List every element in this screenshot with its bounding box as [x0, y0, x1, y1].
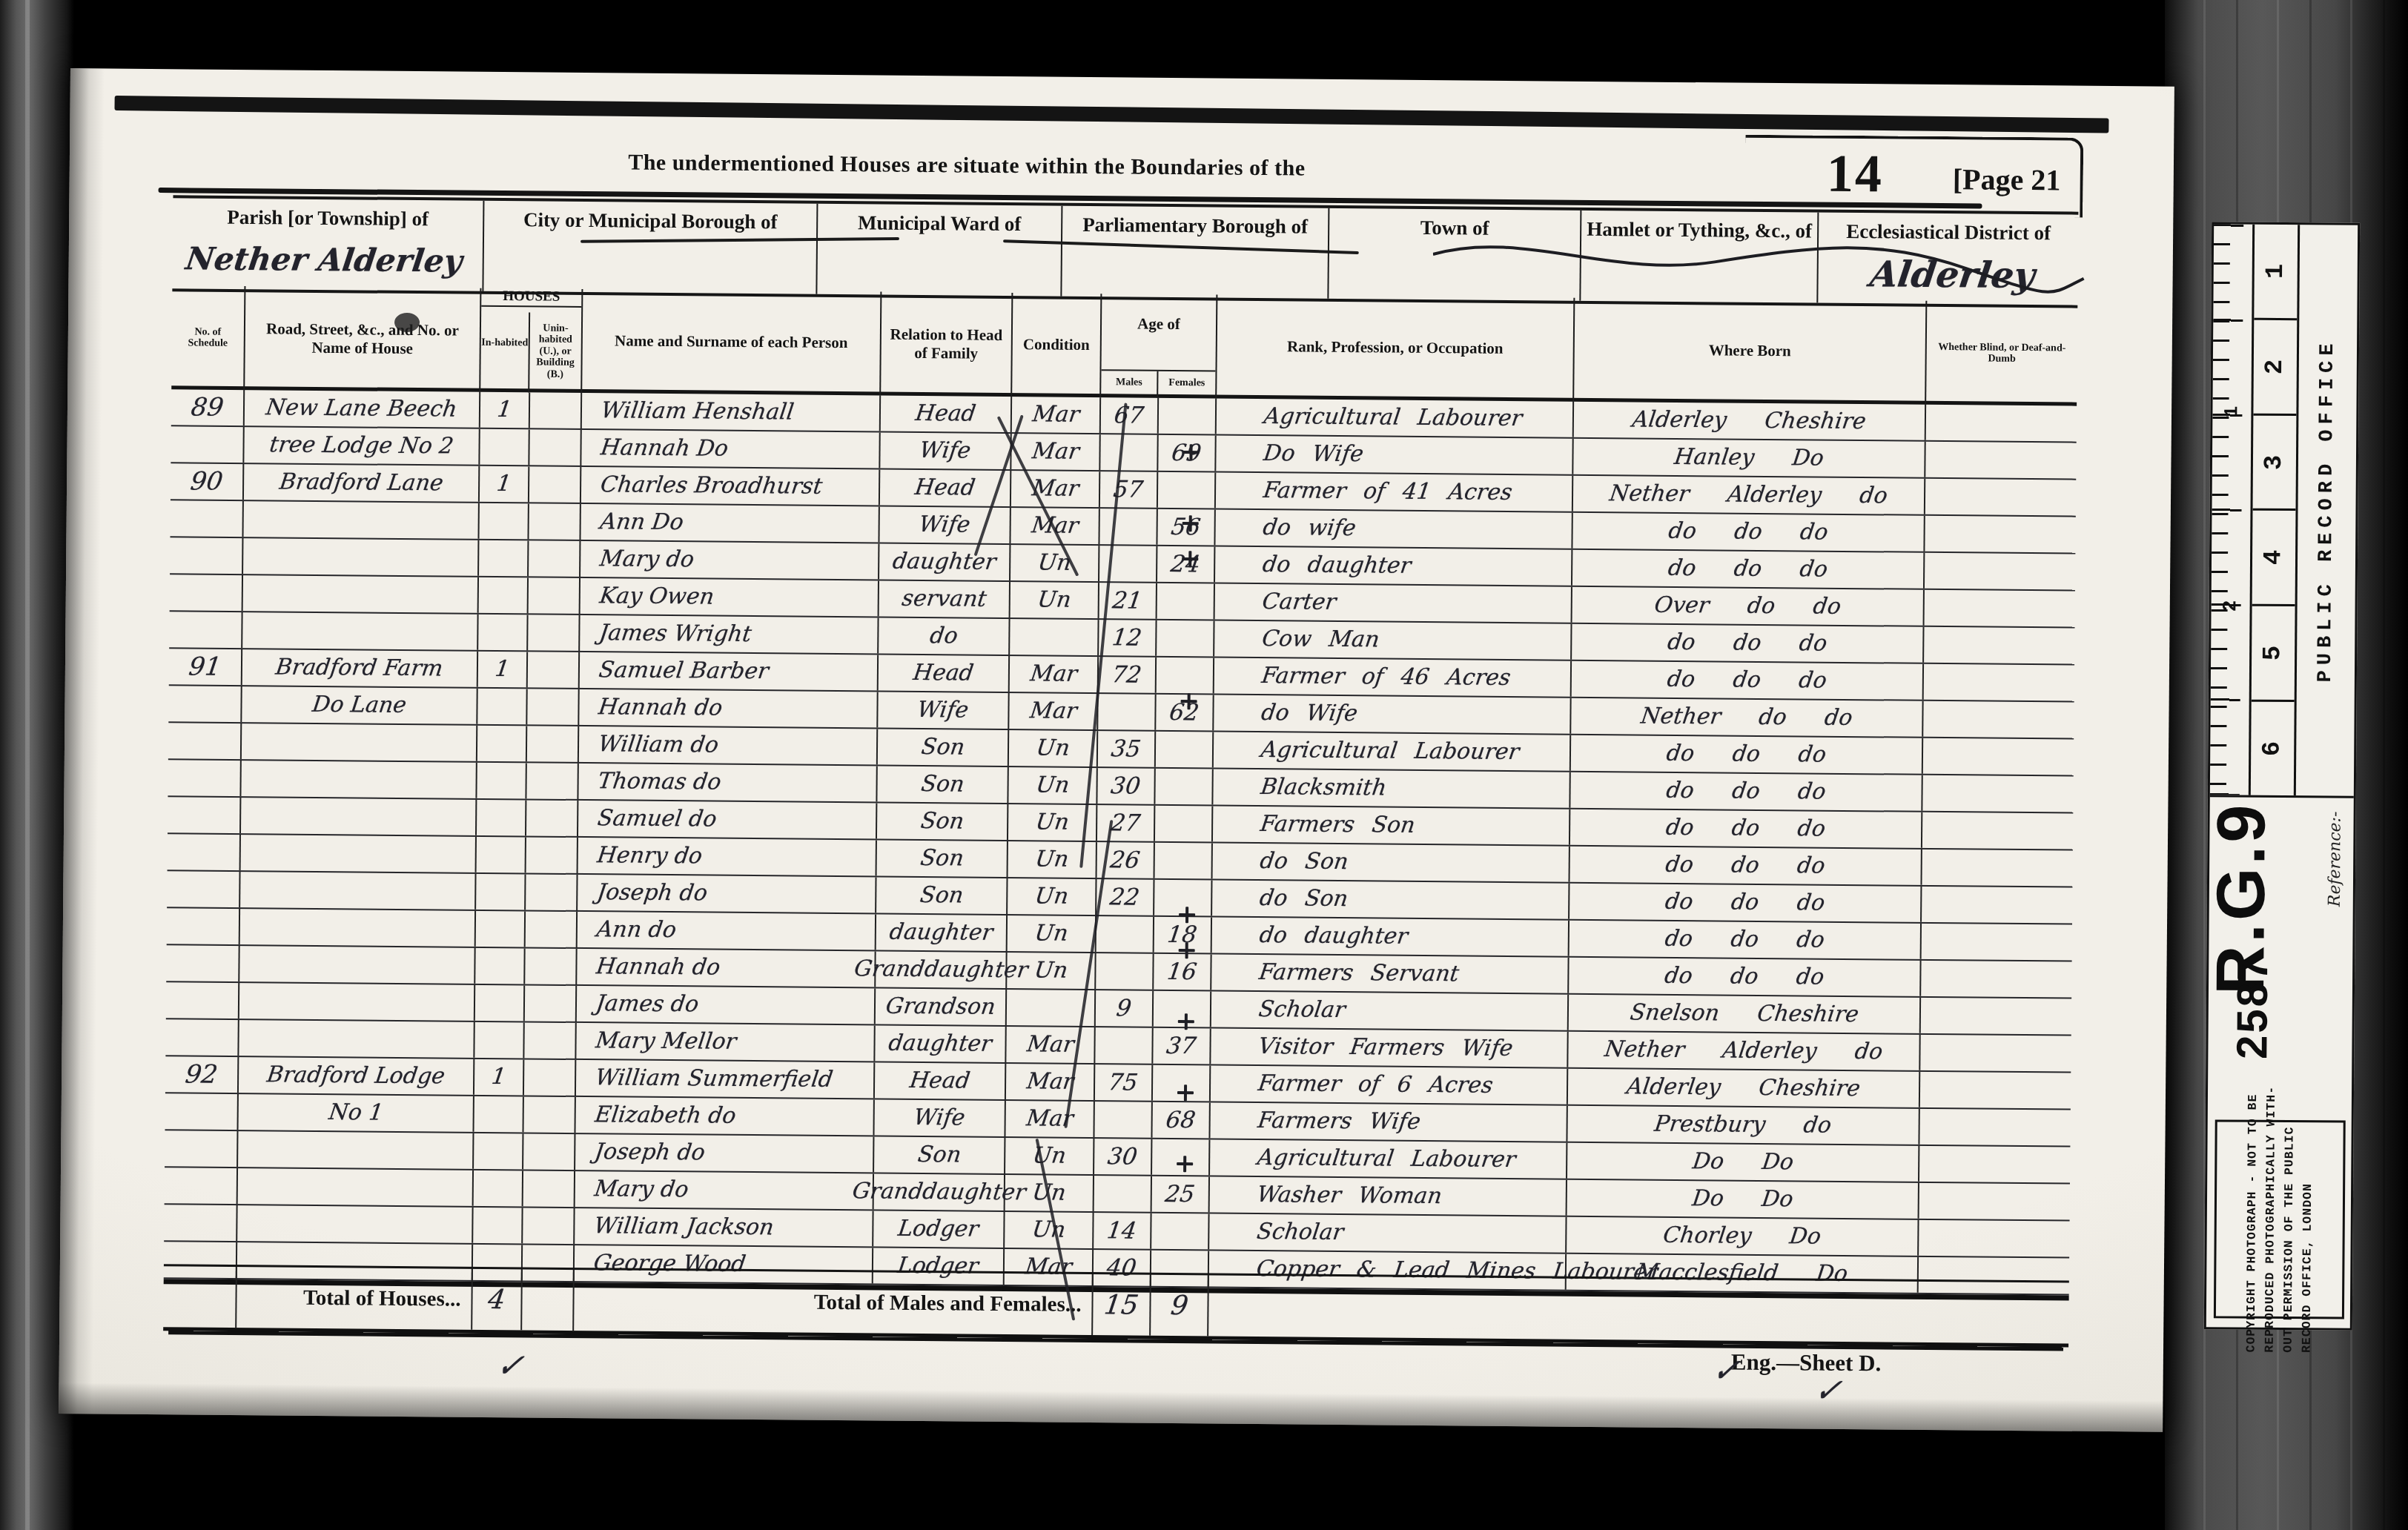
- copyright-line: OUT PERMISSION OF THE PUBLIC: [2281, 1086, 2298, 1353]
- ruler-numbers: 1 2 3 4 5 6: [2251, 225, 2300, 795]
- cell-condition: Un: [1003, 1212, 1092, 1248]
- cell-infirm: [1919, 1035, 2071, 1072]
- cell-road: Bradford Lane: [242, 464, 478, 502]
- cell-age_m: 57: [1099, 471, 1157, 508]
- cell-name: Ann do: [576, 912, 875, 950]
- ruler-number: 4: [2260, 550, 2288, 566]
- cell-infirm: [1917, 1220, 2069, 1257]
- cell-occupation: Washer Woman: [1208, 1176, 1566, 1215]
- cell-relation: servant: [878, 581, 1009, 618]
- check-mark: ✓: [1812, 1372, 1845, 1410]
- cell-inhabited: [474, 948, 523, 984]
- cell-infirm: [1923, 553, 2075, 590]
- cell-road: [242, 575, 477, 613]
- cell-born: do do do: [1568, 921, 1920, 959]
- cell-uninhabited: [524, 874, 576, 910]
- totals-blank: [520, 1269, 573, 1331]
- col-condition: Condition: [1010, 293, 1100, 397]
- cell-schedule: [168, 797, 239, 833]
- cell-inhabited: [477, 577, 527, 614]
- cell-age_f: [1154, 769, 1211, 805]
- cell-schedule: [164, 1205, 236, 1241]
- cell-condition: Un: [1009, 582, 1098, 618]
- cell-born: Hanley Do: [1572, 439, 1924, 477]
- cell-condition: Mar: [1004, 1101, 1093, 1137]
- cell-uninhabited: [523, 985, 575, 1021]
- cell-infirm: [1923, 590, 2075, 627]
- reference-section: Reference:- R.G.9 2587: [2208, 797, 2354, 1112]
- city-borough-cell: City or Municipal Borough of: [483, 201, 818, 294]
- cell-inhabited: [478, 429, 528, 466]
- totals-blank: [1207, 1275, 2069, 1343]
- parish-label: Parish [or Township] of: [227, 206, 429, 230]
- cell-occupation: do Son: [1211, 843, 1569, 881]
- page-number: [Page 21: [1953, 162, 2061, 197]
- cell-born: Chorley Do: [1565, 1217, 1917, 1256]
- copyright-line: COPYRIGHT PHOTOGRAPH - NOT TO BE: [2244, 1086, 2260, 1353]
- cell-infirm: [1918, 1109, 2070, 1146]
- cell-relation: Wife: [879, 433, 1010, 470]
- cell-age_m: [1093, 1176, 1151, 1212]
- cell-inhabited: [472, 1133, 522, 1170]
- col-age-males: Males: [1101, 371, 1158, 398]
- cell-schedule: 90: [171, 463, 242, 500]
- cell-occupation: do daughter: [1211, 917, 1568, 956]
- cell-road: No 1: [237, 1094, 473, 1132]
- ink-blot: [394, 313, 420, 332]
- cell-condition: Mar: [1008, 656, 1097, 692]
- cell-inhabited: [474, 911, 524, 947]
- cell-infirm: [1919, 961, 2071, 998]
- cell-condition: Un: [1004, 1138, 1093, 1174]
- cell-uninhabited: [524, 911, 576, 947]
- cell-road: [239, 909, 474, 947]
- cell-condition: Mar: [1005, 1064, 1094, 1100]
- cell-age_f: [1157, 398, 1215, 434]
- cell-road: [238, 946, 474, 984]
- pro-reference-card: 1 2 1 2 3 4 5 6 PUBLIC RECORD OFFICE Ref…: [2204, 222, 2360, 1330]
- parish-value: Nether Alderley: [184, 241, 465, 279]
- cell-infirm: [1918, 1146, 2070, 1183]
- cell-born: Over do do: [1571, 587, 1923, 626]
- cell-born: Snelson Cheshire: [1567, 995, 1919, 1033]
- cell-born: do do do: [1571, 513, 1923, 552]
- cell-name: Hannah do: [578, 689, 876, 728]
- scan-edge-line: [114, 96, 2108, 133]
- check-mark: ✓: [1710, 1351, 1742, 1389]
- cell-schedule: [167, 871, 239, 907]
- cell-age_f: 68: [1151, 1102, 1208, 1139]
- cell-schedule: 92: [165, 1056, 237, 1093]
- col-relation: Relation to Head of Family: [879, 292, 1011, 397]
- cell-road: [236, 1131, 472, 1169]
- cell-infirm: [1925, 405, 2077, 442]
- cell-born: do do do: [1569, 809, 1921, 848]
- pen-cross-mark: [1178, 1013, 1194, 1030]
- cell-occupation: Farmer of 6 Acres: [1209, 1065, 1567, 1104]
- cell-uninhabited: [526, 726, 578, 762]
- cell-condition: Mar: [1010, 397, 1099, 433]
- cell-uninhabited: [528, 429, 580, 466]
- cell-age_f: 37: [1151, 1028, 1209, 1064]
- cell-schedule: [167, 908, 239, 944]
- cell-inhabited: [475, 763, 525, 799]
- cell-road: [239, 835, 475, 872]
- cell-inhabited: [475, 800, 525, 836]
- cell-condition: [1008, 619, 1097, 655]
- cell-name: James do: [575, 986, 874, 1024]
- hamlet-label: Hamlet or Tything, &c., of: [1587, 218, 1812, 242]
- cell-uninhabited: [529, 392, 580, 428]
- cell-born: Nether do do: [1569, 698, 1922, 737]
- cell-uninhabited: [527, 540, 579, 577]
- cell-occupation: Visitor Farmers Wife: [1209, 1028, 1567, 1067]
- cell-uninhabited: [523, 948, 575, 984]
- totals-blank: [163, 1266, 236, 1328]
- cell-infirm: [1922, 664, 2074, 701]
- cell-infirm: [1920, 887, 2072, 924]
- census-rows: 89New Lane Beech1William HenshallHeadMar…: [164, 389, 2077, 1300]
- cell-road: Do Lane: [240, 686, 476, 724]
- cell-relation: Son: [876, 841, 1007, 878]
- ecclesiastical-cell: Ecclesiastical District of Alderley: [1818, 213, 2078, 305]
- cell-name: Hannah do: [575, 949, 874, 987]
- col-occupation: Rank, Profession, or Occupation: [1215, 294, 1573, 401]
- cell-road: [242, 501, 477, 539]
- cell-age_m: 67: [1099, 397, 1157, 434]
- cell-road: [241, 612, 477, 650]
- ruler-inch-number: 2: [2219, 600, 2241, 612]
- cell-inhabited: [472, 1208, 521, 1244]
- ruler-number: 2: [2261, 359, 2289, 374]
- age-group-label: Age of: [1102, 314, 1216, 334]
- cell-name: William Henshall: [580, 393, 879, 431]
- cell-relation: Son: [876, 804, 1007, 841]
- col-infirm: Whether Blind, or Deaf-and-Dumb: [1925, 301, 2077, 406]
- cell-infirm: [1924, 442, 2076, 479]
- cell-infirm: [1919, 998, 2071, 1035]
- cell-infirm: [1918, 1183, 2070, 1220]
- cell-age_m: 75: [1094, 1064, 1151, 1101]
- cell-born: do do do: [1570, 661, 1922, 700]
- cell-name: Samuel Barber: [578, 652, 877, 691]
- cell-age_m: 35: [1096, 731, 1154, 767]
- census-page: The undermentioned Houses are situate wi…: [59, 68, 2174, 1432]
- cell-name: Thomas do: [577, 764, 876, 802]
- cell-condition: Un: [1009, 545, 1098, 581]
- parliamentary-borough-cell: Parliamentary Borough of: [1062, 206, 1329, 299]
- cell-condition: Un: [1007, 767, 1096, 804]
- cell-schedule: [168, 834, 239, 870]
- cell-inhabited: [472, 1096, 522, 1133]
- col-inhabited: In-habited: [480, 312, 530, 393]
- col-age-females: Females: [1158, 371, 1215, 399]
- cell-uninhabited: [528, 466, 580, 503]
- cell-age_f: [1150, 1213, 1208, 1250]
- cell-age_m: 27: [1096, 805, 1154, 841]
- cell-infirm: [1921, 775, 2073, 812]
- municipal-ward-cell: Municipal Ward of: [817, 204, 1062, 297]
- cell-name: William do: [578, 726, 876, 765]
- cell-infirm: [1922, 627, 2074, 664]
- cell-relation: Wife: [876, 692, 1008, 729]
- cell-road: [236, 1205, 472, 1243]
- cell-relation: Head: [879, 470, 1010, 507]
- cell-schedule: [165, 1168, 236, 1204]
- cell-born: do do do: [1568, 847, 1920, 885]
- cell-infirm: [1921, 812, 2073, 850]
- cell-infirm: [1924, 479, 2076, 516]
- ruler-number: 3: [2260, 454, 2289, 470]
- cell-born: do do do: [1570, 624, 1922, 663]
- cell-occupation: Farmer of 41 Acres: [1214, 472, 1572, 511]
- cell-uninhabited: [526, 652, 578, 688]
- cell-age_m: 22: [1095, 879, 1153, 915]
- office-name-column: PUBLIC RECORD OFFICE: [2296, 225, 2358, 796]
- cell-infirm: [1920, 924, 2072, 961]
- cell-age_f: [1154, 806, 1211, 842]
- cell-born: Alderley Cheshire: [1567, 1069, 1919, 1107]
- cell-occupation: Farmers Servant: [1210, 954, 1567, 993]
- cell-born: Prestbury do: [1566, 1106, 1918, 1145]
- cell-condition: Un: [1006, 878, 1095, 915]
- cell-inhabited: 1: [477, 652, 526, 688]
- cell-age_f: [1156, 583, 1214, 620]
- ruler-inch-number: 1: [2220, 406, 2243, 418]
- cell-schedule: [170, 537, 242, 574]
- pen-cross-mark: [1179, 942, 1195, 958]
- cell-relation: Son: [875, 878, 1006, 915]
- cell-name: William Jackson: [573, 1208, 872, 1247]
- cell-name: James Wright: [578, 615, 877, 654]
- cell-age_m: [1095, 916, 1153, 953]
- cell-age_m: 9: [1094, 990, 1152, 1027]
- cell-occupation: Farmers Son: [1211, 806, 1569, 844]
- cell-name: Kay Owen: [579, 578, 878, 617]
- cell-uninhabited: [522, 1096, 574, 1133]
- cell-uninhabited: [523, 1022, 575, 1059]
- cell-uninhabited: [522, 1170, 574, 1207]
- cell-born: do do do: [1569, 735, 1922, 774]
- cell-schedule: [166, 945, 238, 981]
- cell-relation: Son: [873, 1137, 1004, 1174]
- cell-relation: Son: [876, 766, 1007, 804]
- cell-schedule: [165, 1093, 237, 1130]
- cell-relation: Head: [877, 655, 1008, 692]
- cell-relation: Wife: [873, 1100, 1004, 1137]
- column-headers: No. ofSchedule Road, Street, &c., and No…: [171, 285, 2077, 405]
- cell-inhabited: [476, 689, 526, 725]
- cell-occupation: Scholar: [1208, 1213, 1565, 1252]
- cell-relation: daughter: [878, 544, 1009, 581]
- cell-schedule: [165, 1130, 236, 1167]
- cell-condition: Mar: [1008, 693, 1096, 729]
- cell-age_f: [1154, 732, 1212, 768]
- form-title: The undermentioned Houses are situate wi…: [559, 150, 1375, 182]
- cell-name: Samuel do: [577, 801, 876, 839]
- cell-occupation: Agricultural Labourer: [1215, 398, 1572, 437]
- total-females-value: 9: [1149, 1275, 1208, 1337]
- pen-cross-mark: [1182, 444, 1199, 460]
- cell-occupation: Carter: [1214, 583, 1571, 622]
- cell-relation: Granddaughter: [874, 952, 1005, 989]
- cell-age_m: [1093, 1102, 1151, 1138]
- cell-schedule: [168, 723, 240, 759]
- cell-occupation: Cow Man: [1213, 620, 1570, 659]
- cell-infirm: [1923, 516, 2075, 553]
- col-uninhabited: Unin-habited (U.), or Building (B.): [529, 312, 581, 393]
- cell-road: [239, 872, 474, 910]
- col-road: Road, Street, &c., and No. or Name of Ho…: [243, 286, 480, 392]
- cell-schedule: [168, 760, 239, 796]
- cell-inhabited: [477, 503, 527, 540]
- cell-road: [237, 1020, 473, 1058]
- cell-schedule: [170, 574, 242, 611]
- cell-uninhabited: [522, 1133, 574, 1170]
- cell-name: Joseph do: [574, 1134, 873, 1173]
- ruler-number: 1: [2262, 263, 2290, 279]
- cell-name: Hannah Do: [580, 430, 879, 468]
- copyright-box: COPYRIGHT PHOTOGRAPH - NOT TO BE REPRODU…: [2214, 1119, 2346, 1319]
- cell-schedule: [171, 426, 242, 463]
- cell-relation: Son: [876, 729, 1008, 766]
- cell-born: Nether Alderley do: [1567, 1032, 1919, 1070]
- town-cell: Town of: [1329, 208, 1581, 301]
- cell-age_m: [1098, 509, 1156, 545]
- cell-age_f: 25: [1151, 1176, 1208, 1213]
- ruler-ticks: 1 2: [2210, 224, 2255, 795]
- cell-name: Joseph do: [576, 875, 875, 913]
- piece-number: 2587: [2227, 954, 2278, 1059]
- municipal-ward-label: Municipal Ward of: [858, 211, 1021, 235]
- pen-cross-mark: [1177, 1084, 1194, 1101]
- cell-occupation: Scholar: [1210, 991, 1567, 1030]
- cell-inhabited: 1: [478, 466, 528, 503]
- cell-born: do do do: [1571, 550, 1923, 589]
- town-label: Town of: [1420, 216, 1489, 239]
- cell-schedule: [169, 612, 241, 648]
- cell-occupation: Farmer of 46 Acres: [1213, 658, 1570, 696]
- cell-age_m: [1094, 953, 1152, 990]
- cell-uninhabited: [526, 615, 578, 651]
- cell-uninhabited: [526, 689, 578, 725]
- cell-inhabited: [474, 985, 523, 1021]
- cell-name: Mary Mellor: [575, 1023, 873, 1062]
- cell-inhabited: [472, 1170, 522, 1207]
- cell-age_f: [1155, 620, 1213, 657]
- ruler-number: 6: [2258, 741, 2286, 757]
- sheet-footer: Eng.—Sheet D.: [1731, 1349, 1882, 1377]
- cell-occupation: Agricultural Labourer: [1208, 1139, 1566, 1178]
- pen-cross-mark: [1179, 907, 1195, 923]
- cell-age_m: 12: [1097, 620, 1155, 656]
- parliamentary-borough-label: Parliamentary Borough of: [1082, 213, 1308, 238]
- cell-occupation: do Wife: [1212, 695, 1569, 733]
- cell-occupation: do wife: [1214, 509, 1571, 548]
- cell-road: [236, 1168, 472, 1206]
- cell-schedule: 89: [171, 389, 243, 425]
- cell-infirm: [1920, 850, 2072, 887]
- cell-relation: Grandson: [874, 989, 1005, 1026]
- pen-cross-mark: [1181, 693, 1197, 709]
- cell-relation: Granddaughter: [873, 1173, 1004, 1211]
- cell-name: Mary do: [579, 541, 878, 580]
- cell-name: Ann Do: [579, 504, 878, 543]
- col-age-group: Age of Males Females: [1099, 294, 1216, 398]
- cell-name: Elizabeth do: [574, 1097, 873, 1136]
- ruler-number: 5: [2259, 646, 2287, 661]
- cell-born: Do Do: [1566, 1143, 1918, 1182]
- cell-age_m: [1098, 546, 1156, 582]
- cell-age_m: [1094, 1027, 1151, 1064]
- cell-inhabited: [473, 1022, 523, 1059]
- pen-cross-mark: [1182, 515, 1199, 531]
- cell-infirm: [1919, 1072, 2071, 1109]
- cell-uninhabited: [521, 1208, 573, 1244]
- cell-age_m: 30: [1096, 768, 1154, 804]
- reference-label: Reference:-: [2326, 811, 2345, 907]
- cell-age_f: [1157, 472, 1214, 509]
- cell-occupation: Agricultural Labourer: [1212, 732, 1569, 770]
- cell-uninhabited: [525, 837, 577, 873]
- folio-number: 14: [1826, 143, 1883, 205]
- col-schedule: No. ofSchedule: [171, 285, 244, 390]
- cell-occupation: Blacksmith: [1211, 769, 1569, 807]
- cell-occupation: Do Wife: [1214, 435, 1572, 474]
- cell-inhabited: 1: [479, 392, 529, 428]
- cell-age_m: [1099, 434, 1157, 471]
- total-houses-value: 4: [471, 1269, 521, 1331]
- cell-inhabited: 1: [473, 1059, 523, 1096]
- cell-name: Mary do: [574, 1171, 873, 1210]
- cell-road: tree Lodge No 2: [242, 427, 478, 465]
- total-males-value: 15: [1091, 1274, 1150, 1336]
- cell-relation: daughter: [873, 1026, 1005, 1063]
- cell-infirm: [1922, 701, 2074, 738]
- ruler-section: 1 2 1 2 3 4 5 6 PUBLIC RECORD OFFICE: [2210, 224, 2358, 798]
- cell-relation: do: [877, 618, 1008, 655]
- cell-road: [242, 538, 477, 576]
- cell-condition: Un: [1006, 915, 1095, 952]
- cell-inhabited: [474, 874, 524, 910]
- col-where-born: Where Born: [1572, 298, 1925, 405]
- cell-age_f: [1155, 658, 1213, 694]
- pen-cross-mark: [1177, 1156, 1193, 1172]
- cell-schedule: [166, 982, 238, 1019]
- cell-relation: daughter: [875, 915, 1006, 952]
- cell-schedule: [168, 686, 240, 722]
- col-houses-group: HOUSES In-habited Unin-habited (U.), or …: [479, 288, 581, 393]
- cell-age_f: [1154, 843, 1211, 879]
- total-males-females-label: Total of Males and Females...: [572, 1270, 1092, 1335]
- cell-relation: Lodger: [872, 1211, 1003, 1248]
- cell-occupation: do Son: [1211, 880, 1568, 918]
- cell-inhabited: [477, 615, 526, 651]
- cell-inhabited: [475, 837, 525, 873]
- cell-inhabited: [477, 540, 527, 577]
- cell-occupation: Farmers Wife: [1208, 1102, 1566, 1141]
- cell-name: William Summerfield: [575, 1060, 873, 1099]
- cell-road: [238, 983, 474, 1021]
- cell-age_m: 14: [1092, 1213, 1150, 1249]
- houses-group-label: HOUSES: [481, 288, 581, 308]
- cell-inhabited: [476, 726, 526, 762]
- cell-uninhabited: [525, 763, 577, 799]
- col-name: Name and Surname of each Person: [580, 289, 880, 396]
- total-houses-label: Total of Houses...: [235, 1267, 472, 1330]
- cell-occupation: do daughter: [1214, 546, 1571, 585]
- cell-born: Do Do: [1566, 1180, 1918, 1219]
